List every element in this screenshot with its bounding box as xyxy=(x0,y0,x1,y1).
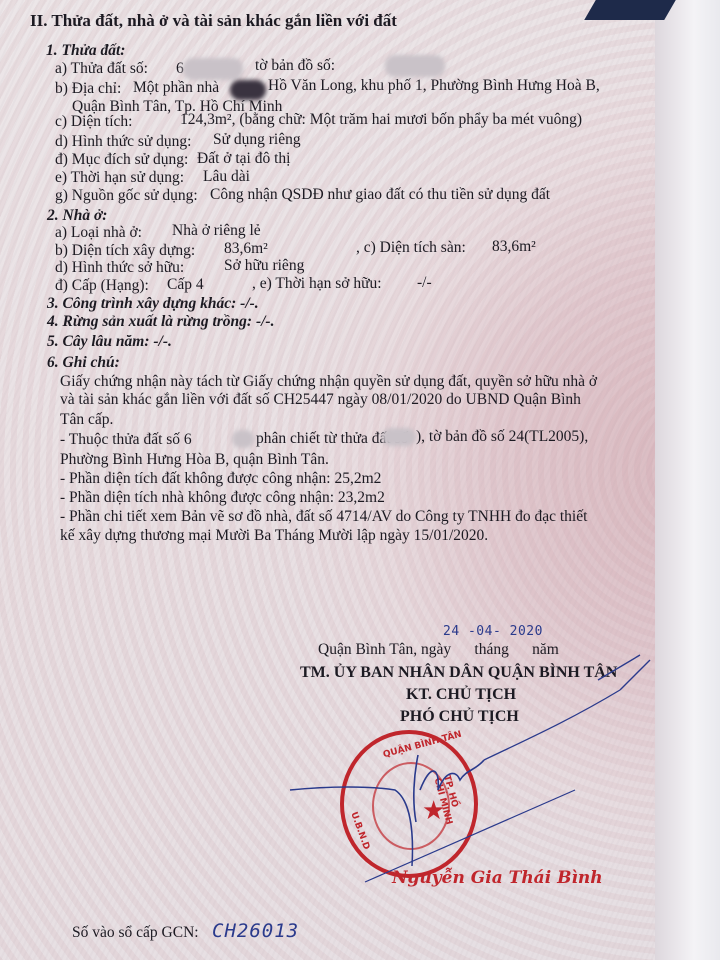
note-line: Giấy chứng nhận này tách từ Giấy chứng n… xyxy=(60,373,597,391)
house-type-value: Nhà ở riêng lẻ xyxy=(172,222,261,240)
house-build-area-label: b) Diện tích xây dựng: xyxy=(55,242,195,260)
land-address-value-1: Một phần nhà xyxy=(133,79,219,97)
vice-chairman-title: PHÓ CHỦ TỊCH xyxy=(400,708,519,726)
house-ownership-label: d) Hình thức sở hữu: xyxy=(55,259,184,277)
land-heading: 1. Thửa đất: xyxy=(46,42,125,60)
redacted-map-number xyxy=(385,55,445,77)
note-line: - Phần diện tích nhà không được công nhậ… xyxy=(60,489,385,507)
note-line: Phường Bình Hưng Hòa B, quận Bình Tân. xyxy=(60,451,329,469)
section-title: II. Thửa đất, nhà ở và tài sản khác gắn … xyxy=(30,12,397,30)
authority-title: TM. ỦY BAN NHÂN DÂN QUẬN BÌNH TÂN xyxy=(300,664,617,682)
certificate-page: II. Thửa đất, nhà ở và tài sản khác gắn … xyxy=(0,0,700,960)
land-parcel-label: a) Thửa đất số: xyxy=(55,60,148,78)
land-address-value-2: Hồ Văn Long, khu phố 1, Phường Bình Hưng… xyxy=(268,77,600,95)
house-floor-area-value: 83,6m² xyxy=(492,238,536,256)
house-heading: 2. Nhà ở: xyxy=(47,207,107,225)
land-purpose-value: Đất ở tại đô thị xyxy=(197,150,290,168)
house-type-label: a) Loại nhà ở: xyxy=(55,224,142,242)
house-term-label: , e) Thời hạn sở hữu: xyxy=(252,275,382,293)
redacted-parcel-number xyxy=(183,58,243,80)
note-line: và tài sản khác gắn liền với đất số CH25… xyxy=(60,391,581,409)
land-area-value: 124,3m², (bằng chữ: Một trăm hai mươi bố… xyxy=(180,111,582,129)
house-build-area-value: 83,6m² xyxy=(224,240,268,258)
note-line: - Thuộc thửa đất số 6 xyxy=(60,431,192,449)
other-constructions: 3. Công trình xây dựng khác: -/-. xyxy=(47,295,259,313)
registry-number: CH26013 xyxy=(212,920,299,942)
land-term-label: e) Thời hạn sử dụng: xyxy=(55,169,184,187)
note-line: Tân cấp. xyxy=(60,411,113,429)
house-ownership-value: Sở hữu riêng xyxy=(224,257,304,275)
registry-label: Số vào sổ cấp GCN: xyxy=(72,924,199,942)
for-chairman-title: KT. CHỦ TỊCH xyxy=(406,686,516,704)
facing-page xyxy=(655,0,720,960)
planted-forest: 4. Rừng sản xuất là rừng trồng: -/-. xyxy=(47,313,274,331)
redacted-parcel-ref xyxy=(232,430,254,448)
redacted-house-number xyxy=(230,80,266,100)
house-floor-area-label: , c) Diện tích sàn: xyxy=(356,239,466,257)
perennial-trees: 5. Cây lâu năm: -/-. xyxy=(47,333,172,351)
place-date: Quận Bình Tân, ngày tháng năm xyxy=(318,641,559,659)
redacted-source-parcel xyxy=(382,428,416,446)
notes-heading: 6. Ghi chú: xyxy=(47,354,120,372)
note-line: kế xây dựng thương mại Mười Ba Tháng Mườ… xyxy=(60,527,488,545)
land-origin-label: g) Nguồn gốc sử dụng: xyxy=(55,187,198,205)
seal-text-top: QUẬN BÌNH TÂN xyxy=(382,730,463,761)
house-grade-label: đ) Cấp (Hạng): xyxy=(55,277,149,295)
land-origin-value: Công nhận QSDĐ như giao đất có thu tiền … xyxy=(210,186,550,204)
signer-name: Nguyễn Gia Thái Bình xyxy=(392,868,603,888)
land-use-form-value: Sử dụng riêng xyxy=(213,131,301,149)
land-term-value: Lâu dài xyxy=(203,168,250,186)
official-seal: ★ QUẬN BÌNH TÂN U.B.N.D TP. HỒ CHÍ MINH xyxy=(340,730,478,878)
seal-text-left: U.B.N.D xyxy=(348,811,371,851)
house-term-value: -/- xyxy=(417,274,432,292)
house-grade-value: Cấp 4 xyxy=(167,276,204,294)
note-line: ), tờ bản đồ số 24(TL2005), xyxy=(416,428,588,446)
stamped-date: 24 -04- 2020 xyxy=(443,624,543,639)
land-use-form-label: d) Hình thức sử dụng: xyxy=(55,133,192,151)
cover-corner xyxy=(584,0,676,20)
land-area-label: c) Diện tích: xyxy=(55,113,132,131)
land-map-label: tờ bản đồ số: xyxy=(255,57,335,75)
note-line: - Phần chi tiết xem Bản vẽ sơ đồ nhà, đấ… xyxy=(60,508,587,526)
land-address-label: b) Địa chỉ: xyxy=(55,80,121,98)
land-purpose-label: đ) Mục đích sử dụng: xyxy=(55,151,188,169)
note-line: - Phần diện tích đất không được công nhậ… xyxy=(60,470,381,488)
